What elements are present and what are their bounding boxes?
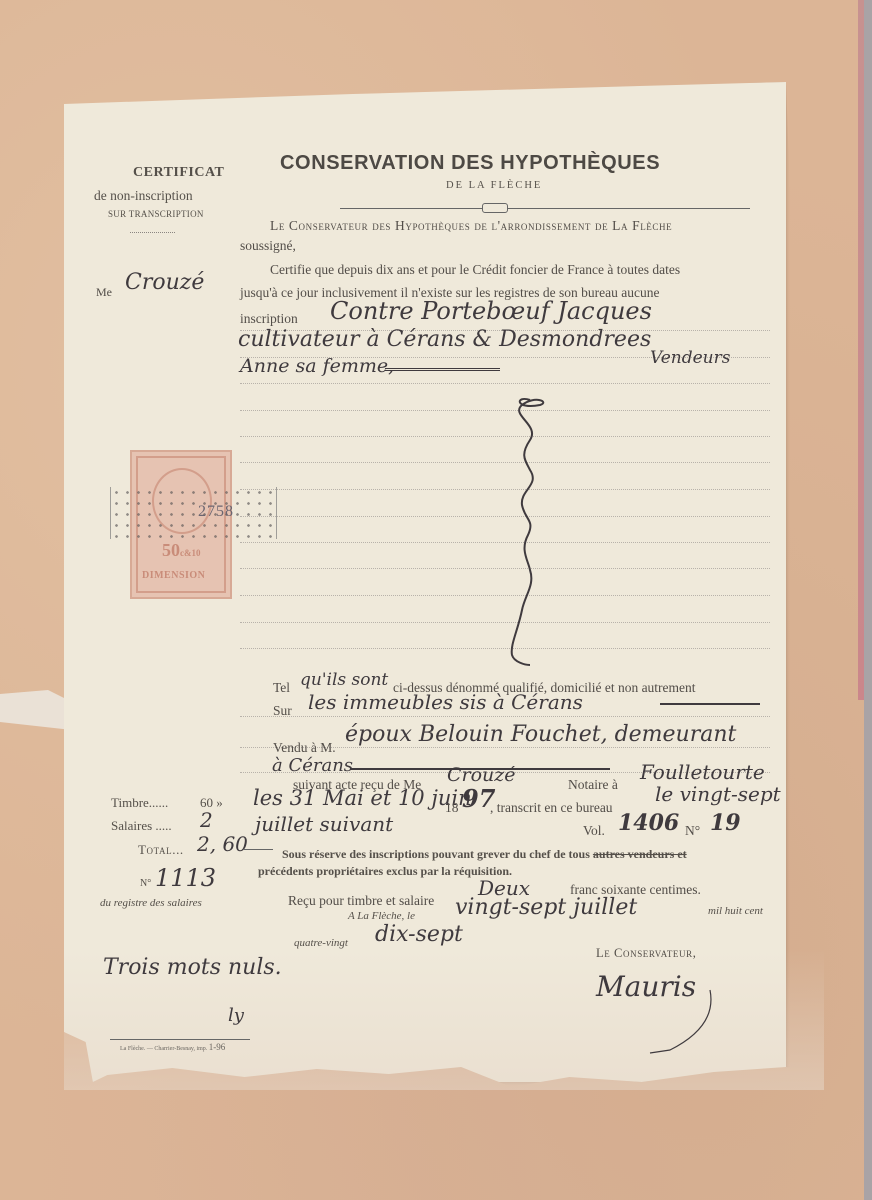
document-subtitle: DE LA FLÈCHE	[446, 180, 542, 191]
register-caption: du registre des salaires	[100, 897, 202, 909]
receipt-label: Reçu pour timbre et salaire	[288, 893, 434, 909]
document-title: CONSERVATION DES HYPOTHÈQUES	[280, 152, 660, 175]
reserve-line-2: précédents propriétaires exclus par la r…	[258, 864, 512, 879]
filler-stroke	[660, 703, 760, 705]
void-squiggle-icon	[500, 390, 560, 670]
tel-label: Tel	[273, 680, 290, 696]
perforation-cancel	[110, 487, 277, 539]
no-label: N°	[685, 823, 700, 839]
total-rule	[243, 849, 273, 850]
notary-label: Me	[96, 285, 112, 300]
tel-handwritten: qu'ils sont	[300, 670, 388, 690]
inscription-label: inscription	[240, 311, 298, 327]
margin-annotation: Trois mots nuls.	[103, 955, 282, 980]
transcrit-label: , transcrit en ce bureau	[490, 800, 613, 816]
juillet-handwritten: juillet suivant	[255, 812, 393, 836]
handwritten-line-1: Contre Portebœuf Jacques	[330, 297, 652, 325]
notaire-place: Foulletourte	[640, 760, 765, 784]
total-value: 2, 60	[197, 832, 248, 856]
printer-rule	[110, 1039, 250, 1040]
transcrit-date: le vingt-sept	[655, 782, 781, 806]
quatre-vingt-label: quatre-vingt	[294, 937, 348, 949]
register-no-label: N°	[140, 878, 151, 889]
ruled-line	[240, 383, 770, 384]
signature-flourish-icon	[640, 985, 720, 1055]
notary-name: Crouzé	[125, 270, 204, 295]
title-divider	[340, 208, 750, 209]
body-line-3: Certifie que depuis dix ans et pour le C…	[270, 262, 680, 278]
sur-label: Sur	[273, 703, 292, 719]
vol-value: 1406	[618, 810, 679, 836]
reserve-line-1: Sous réserve des inscriptions pouvant gr…	[282, 847, 687, 862]
year-words-handwritten: dix-sept	[375, 922, 463, 947]
body-line-1: Le Conservateur des Hypothèques de l'arr…	[270, 218, 672, 234]
handwritten-vendeurs: Vendeurs	[650, 348, 730, 368]
perforation-number: 2758	[198, 503, 234, 521]
certificate-label: CERTIFICAT	[133, 165, 224, 181]
certificate-subtitle: de non-inscription	[94, 188, 193, 204]
filler-stroke	[385, 368, 500, 375]
divider	[130, 232, 175, 233]
place-label: A La Flèche, le	[348, 910, 415, 922]
date-handwritten: vingt-sept juillet	[455, 895, 637, 920]
handwritten-line-2: cultivateur à Cérans & Desmondrees	[238, 327, 651, 352]
register-no-value: 1113	[155, 864, 216, 892]
year-prefix: 18	[445, 800, 459, 816]
acte-date: les 31 Mai et 10 juin	[253, 786, 472, 810]
salaires-value: 2	[200, 808, 213, 832]
no-value: 19	[710, 810, 741, 836]
sur-handwritten: les immeubles sis à Cérans	[308, 690, 583, 714]
body-line-2: soussigné,	[240, 238, 296, 254]
stamp-label: DIMENSION	[142, 570, 205, 581]
mil-label: mil huit cent	[708, 905, 763, 917]
vendu-handwritten: époux Belouin Fouchet, demeurant	[345, 722, 736, 747]
conservateur-title: Le Conservateur,	[596, 946, 696, 961]
certificate-subtitle-2: SUR TRANSCRIPTION	[108, 209, 204, 219]
acte-notary: Crouzé	[447, 764, 516, 786]
vol-label: Vol.	[583, 823, 605, 839]
divider-ornament-icon	[482, 203, 508, 213]
vendu-label: Vendu à M.	[273, 740, 336, 756]
timbre-label: Timbre......	[111, 795, 168, 811]
handwritten-line-3: Anne sa femme,	[240, 355, 394, 377]
notaire-label: Notaire à	[568, 777, 618, 793]
ruled-line	[240, 716, 770, 717]
printer-imprint: La Flèche. — Charrier-Besnay, imp. 1-96	[120, 1042, 225, 1052]
initials: ly	[228, 1005, 244, 1026]
salaires-label: Salaires .....	[111, 818, 172, 834]
total-label: Total...	[138, 842, 184, 858]
vendu-handwritten-2: à Cérans	[272, 755, 353, 776]
folder-edge-gray	[864, 0, 872, 1200]
stamp-value: 50c&10	[162, 540, 201, 561]
